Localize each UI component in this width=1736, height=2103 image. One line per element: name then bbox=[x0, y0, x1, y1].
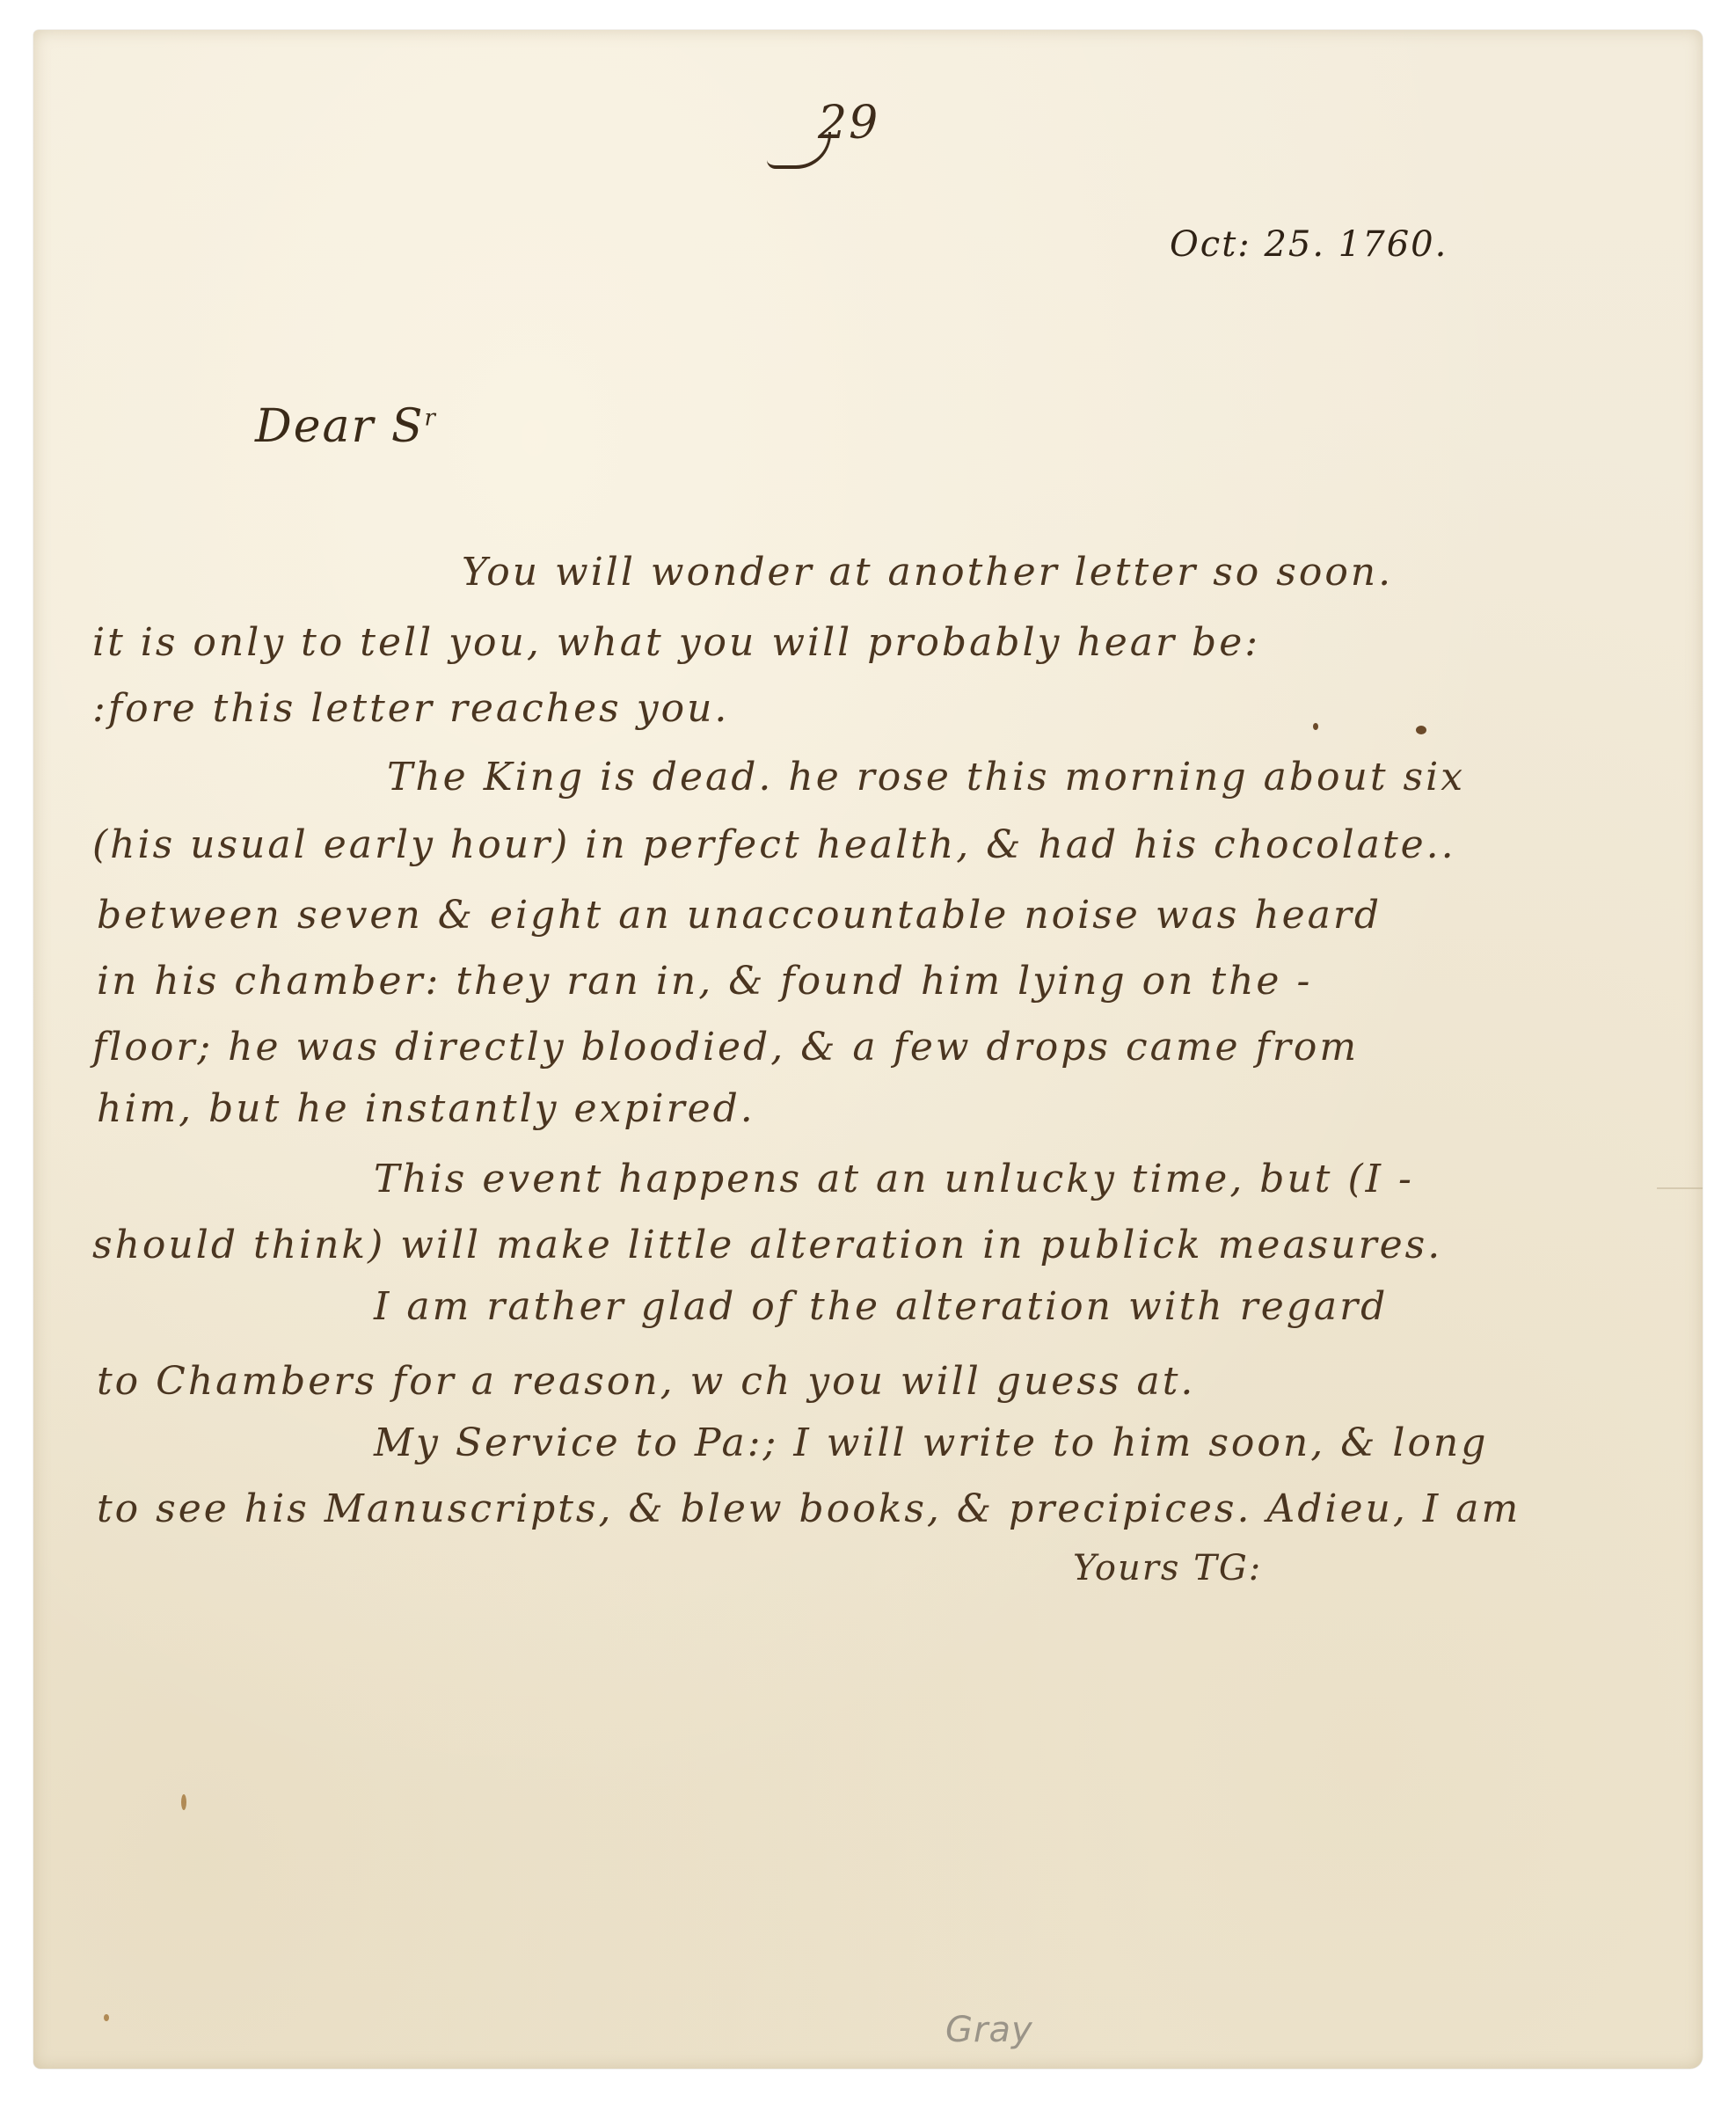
letter-line: between seven & eight an unaccountable n… bbox=[97, 893, 1382, 938]
letter-line: The King is dead. he rose this morning a… bbox=[387, 755, 1465, 800]
letter-line: I am rather glad of the alteration with … bbox=[374, 1284, 1388, 1329]
salutation-text: Dear S bbox=[255, 400, 424, 453]
letter-line: You will wonder at another letter so soo… bbox=[462, 550, 1393, 595]
letter-line: This event happens at an unlucky time, b… bbox=[374, 1157, 1414, 1201]
letter-closing-signature: Yours TG: bbox=[1073, 1548, 1262, 1588]
letter-line: him, but he instantly expired. bbox=[97, 1086, 755, 1131]
letter-line: should think) will make little alteratio… bbox=[92, 1223, 1442, 1267]
letter-line: in his chamber: they ran in, & found him… bbox=[97, 959, 1312, 1004]
letter-line: floor; he was directly bloodied, & a few… bbox=[92, 1025, 1359, 1070]
pencil-annotation: Gray bbox=[945, 2010, 1033, 2050]
letter-line: to see his Manuscripts, & blew books, & … bbox=[97, 1486, 1521, 1531]
letter-line: (his usual early hour) in perfect health… bbox=[92, 822, 1456, 867]
salutation: Dear Sr bbox=[255, 400, 437, 453]
paper-tear bbox=[1657, 1187, 1703, 1189]
salutation-superscript: r bbox=[424, 405, 436, 432]
letter-line: to Chambers for a reason, w ch you will … bbox=[97, 1359, 1195, 1404]
foxing-stain bbox=[181, 1794, 186, 1810]
letter-date: Oct: 25. 1760. bbox=[1170, 224, 1448, 265]
letter-line: :fore this letter reaches you. bbox=[92, 686, 729, 731]
letter-line: it is only to tell you, what you will pr… bbox=[92, 620, 1260, 665]
ink-speck bbox=[1313, 723, 1318, 730]
ink-speck bbox=[1416, 726, 1426, 734]
foxing-stain bbox=[104, 2014, 109, 2021]
letter-line: My Service to Pa:; I will write to him s… bbox=[374, 1420, 1488, 1465]
